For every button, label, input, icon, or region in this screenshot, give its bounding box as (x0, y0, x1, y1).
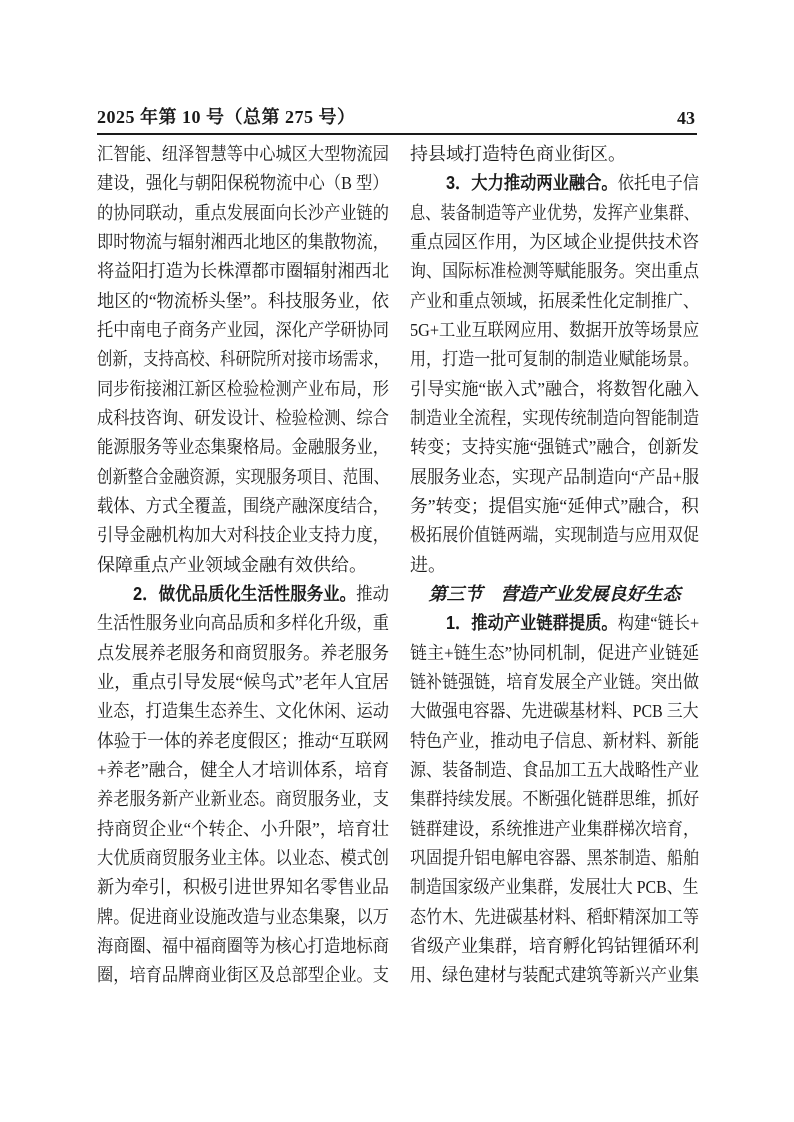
text-run: 态竹木、先进碳基材料、稻虾精深加工等 (410, 907, 699, 927)
text-line: 省级产业集群，培育孵化钨钴锂循环利 (410, 932, 699, 961)
text-run: 转变；支持实施“强链式”融合，创新发 (410, 437, 699, 457)
text-line: 养老服务新产业新业态。商贸服务业，支 (97, 785, 389, 814)
text-line: 制造业全流程，实现传统制造向智能制造 (410, 404, 699, 433)
text-line-content: 海商圈、福中福商圈等为核心打造地标商 (97, 932, 389, 961)
text-line-content: 链主+链生态”协同机制，促进产业链延 (410, 639, 699, 668)
text-run: 成科技咨询、研发设计、检验检测、综合 (97, 408, 389, 428)
text-line: 集群持续发展。不断强化链群思维，抓好 (410, 785, 699, 814)
text-run: 推动 (356, 584, 389, 604)
text-line: 转变；支持实施“强链式”融合，创新发 (410, 433, 699, 462)
text-line: 询、国际标准检测等赋能服务。突出重点 (410, 257, 699, 286)
text-line-content: 1．推动产业链群提质。构建“链长+ (446, 609, 699, 638)
text-line: 极拓展价值链两端，实现制造与应用双促 (410, 521, 699, 550)
text-line: 链补链强链，培育发展全产业链。突出做 (410, 668, 699, 697)
document-page: 2025 年第 10 号（总第 275 号） 43 汇智能、纽泽智慧等中心城区大… (0, 0, 794, 1122)
text-line-content: 重点园区作用，为区域企业提供技术咨 (410, 228, 699, 257)
text-run: 极拓展价值链两端，实现制造与应用双促 (410, 525, 699, 545)
text-line: 生活性服务业向高品质和多样化升级，重 (97, 609, 389, 638)
text-line: 创新，支持高校、科研院所对接市场需求， (97, 345, 389, 374)
text-line: 展服务业态，实现产品制造向“产品+服 (410, 463, 699, 492)
text-line-content: 大优质商贸服务业主体。以业态、模式创 (97, 844, 389, 873)
text-run: 业态，打造集生态养生、文化休闲、运动 (97, 701, 389, 721)
text-run: 链补链强链，培育发展全产业链。突出做 (410, 672, 699, 692)
text-line: 2．做优品质化生活性服务业。推动 (97, 580, 389, 609)
text-line: 息、装备制造等产业优势，发挥产业集群、 (410, 199, 699, 228)
text-run: 大优质商贸服务业主体。以业态、模式创 (97, 848, 389, 868)
text-line-content: 极拓展价值链两端，实现制造与应用双促 (410, 521, 699, 550)
text-line: 1．推动产业链群提质。构建“链长+ (410, 609, 699, 638)
text-line: 业态，打造集生态养生、文化休闲、运动 (97, 697, 389, 726)
text-run: 制造国家级产业集群，发展壮大 PCB、生 (410, 877, 699, 897)
text-line-content: 同步衔接湘江新区检验检测产业布局，形 (97, 375, 389, 404)
text-line: 点发展养老服务和商贸服务。养老服务 (97, 639, 389, 668)
text-line-content: 创新整合金融资源，实现服务项目、范围、 (97, 463, 389, 492)
text-line: 重点园区作用，为区域企业提供技术咨 (410, 228, 699, 257)
text-line-content: 展服务业态，实现产品制造向“产品+服 (410, 463, 699, 492)
text-line-content: 链补链强链，培育发展全产业链。突出做 (410, 668, 699, 697)
text-line-content: 第三节 营造产业发展良好生态 (429, 580, 681, 609)
text-run: 5G+工业互联网应用、数据开放等场景应 (410, 320, 699, 340)
text-line: 务”转变；提倡实施“延伸式”融合，积 (410, 492, 699, 521)
text-line: 即时物流与辐射湘西北地区的集散物流， (97, 228, 389, 257)
text-run: 巩固提升铝电解电容器、黑茶制造、船舶 (410, 848, 699, 868)
text-line-content: 养老服务新产业新业态。商贸服务业，支 (97, 785, 389, 814)
text-run: 制造业全流程，实现传统制造向智能制造 (410, 408, 699, 428)
text-line: 5G+工业互联网应用、数据开放等场景应 (410, 316, 699, 345)
text-line: 进。 (410, 551, 699, 580)
text-line-content: 引导实施“嵌入式”融合，将数智化融入 (410, 375, 699, 404)
text-line: 链群建设，系统推进产业集群梯次培育， (410, 815, 699, 844)
text-line-content: +养老”融合，健全人才培训体系，培育 (97, 756, 389, 785)
text-run: 海商圈、福中福商圈等为核心打造地标商 (97, 936, 389, 956)
text-line: 特色产业，推动电子信息、新材料、新能 (410, 727, 699, 756)
text-column-right: 持县域打造特色商业街区。3．大力推动两业融合。依托电子信息、装备制造等产业优势，… (410, 140, 699, 991)
text-run: 创新，支持高校、科研院所对接市场需求， (97, 349, 389, 369)
text-line: 源、装备制造、食品加工五大战略性产业 (410, 756, 699, 785)
text-line: 牌。促进商业设施改造与业态集聚，以万 (97, 903, 389, 932)
text-line-content: 即时物流与辐射湘西北地区的集散物流， (97, 228, 389, 257)
text-line-content: 生活性服务业向高品质和多样化升级，重 (97, 609, 389, 638)
text-run: 引导实施“嵌入式”融合，将数智化融入 (410, 379, 699, 399)
text-line-content: 的协同联动，重点发展面向长沙产业链的 (97, 199, 389, 228)
text-line: 保障重点产业领域金融有效供给。 (97, 551, 389, 580)
text-line: 引导实施“嵌入式”融合，将数智化融入 (410, 375, 699, 404)
text-run: 将益阳打造为长株潭都市圈辐射湘西北 (97, 261, 389, 281)
text-run: 大做强电容器、先进碳基材料、PCB 三大 (410, 701, 699, 721)
text-line: 汇智能、纽泽智慧等中心城区大型物流园 (97, 140, 389, 169)
text-line: 体验于一体的养老度假区；推动“互联网 (97, 727, 389, 756)
text-line: 3．大力推动两业融合。依托电子信 (410, 169, 699, 198)
text-run: 托中南电子商务产业园，深化产学研协同 (97, 320, 389, 340)
text-run: 圈，培育品牌商业街区及总部型企业。支 (97, 965, 389, 985)
text-run: +养老”融合，健全人才培训体系，培育 (97, 760, 389, 780)
text-line-content: 保障重点产业领域金融有效供给。 (97, 551, 367, 580)
text-line-content: 汇智能、纽泽智慧等中心城区大型物流园 (97, 140, 389, 169)
text-line-content: 新为牵引，积极引进世界知名零售业品 (97, 873, 389, 902)
text-line-content: 业态，打造集生态养生、文化休闲、运动 (97, 697, 389, 726)
text-line: 能源服务等业态集聚格局。金融服务业， (97, 433, 389, 462)
page-header: 2025 年第 10 号（总第 275 号） 43 (97, 103, 697, 135)
text-run: 能源服务等业态集聚格局。金融服务业， (97, 437, 389, 457)
text-line: 创新整合金融资源，实现服务项目、范围、 (97, 463, 389, 492)
text-line-content: 持县域打造特色商业街区。 (410, 140, 626, 169)
text-line-content: 巩固提升铝电解电容器、黑茶制造、船舶 (410, 844, 699, 873)
text-line: 持县域打造特色商业街区。 (410, 140, 699, 169)
text-run: 源、装备制造、食品加工五大战略性产业 (410, 760, 699, 780)
text-run: 即时物流与辐射湘西北地区的集散物流， (97, 232, 389, 252)
text-line: 将益阳打造为长株潭都市圈辐射湘西北 (97, 257, 389, 286)
text-line-content: 集群持续发展。不断强化链群思维，抓好 (410, 785, 699, 814)
text-line-content: 5G+工业互联网应用、数据开放等场景应 (410, 316, 699, 345)
text-line-content: 进。 (410, 551, 446, 580)
text-line-content: 圈，培育品牌商业街区及总部型企业。支 (97, 961, 389, 990)
text-line-content: 制造业全流程，实现传统制造向智能制造 (410, 404, 699, 433)
text-line-content: 省级产业集群，培育孵化钨钴锂循环利 (410, 932, 699, 961)
text-run: 新为牵引，积极引进世界知名零售业品 (97, 877, 389, 897)
text-run: 汇智能、纽泽智慧等中心城区大型物流园 (97, 144, 389, 164)
text-run: 创新整合金融资源，实现服务项目、范围、 (97, 467, 389, 487)
text-line: 态竹木、先进碳基材料、稻虾精深加工等 (410, 903, 699, 932)
text-line-content: 制造国家级产业集群，发展壮大 PCB、生 (410, 873, 699, 902)
text-line-content: 引导金融机构加大对科技企业支持力度， (97, 521, 389, 550)
text-run: 载体、方式全覆盖，围绕产融深度结合， (97, 496, 389, 516)
text-line-content: 托中南电子商务产业园，深化产学研协同 (97, 316, 389, 345)
text-run: 链主+链生态”协同机制，促进产业链延 (410, 643, 699, 663)
text-line-content: 业，重点引导发展“候鸟式”老年人宜居 (97, 668, 389, 697)
text-run: 集群持续发展。不断强化链群思维，抓好 (410, 789, 699, 809)
text-line: 托中南电子商务产业园，深化产学研协同 (97, 316, 389, 345)
text-line: 载体、方式全覆盖，围绕产融深度结合， (97, 492, 389, 521)
text-line-content: 成科技咨询、研发设计、检验检测、综合 (97, 404, 389, 433)
text-line: 圈，培育品牌商业街区及总部型企业。支 (97, 961, 389, 990)
text-run: 产业和重点领域，拓展柔性化定制推广、 (410, 291, 699, 311)
text-line-content: 建设，强化与朝阳保税物流中心（B 型） (97, 169, 389, 198)
bold-run: 2．做优品质化生活性服务业。 (133, 584, 356, 604)
text-line: 大做强电容器、先进碳基材料、PCB 三大 (410, 697, 699, 726)
text-line-content: 源、装备制造、食品加工五大战略性产业 (410, 756, 699, 785)
text-run: 用、绿色建材与装配式建筑等新兴产业集 (410, 965, 699, 985)
text-line: 地区的“物流桥头堡”。科技服务业，依 (97, 287, 389, 316)
text-run: 第三节 营造产业发展良好生态 (429, 584, 681, 604)
text-run: 依托电子信 (618, 173, 699, 193)
text-line-content: 2．做优品质化生活性服务业。推动 (133, 580, 389, 609)
text-run: 保障重点产业领域金融有效供给。 (97, 555, 367, 575)
text-run: 牌。促进商业设施改造与业态集聚，以万 (97, 907, 389, 927)
bold-run: 3．大力推动两业融合。 (446, 173, 618, 193)
text-line: 用，打造一批可复制的制造业赋能场景。 (410, 345, 699, 374)
text-line-content: 持商贸企业“个转企、小升限”，培育壮 (97, 815, 389, 844)
text-run: 的协同联动，重点发展面向长沙产业链的 (97, 203, 389, 223)
text-run: 链群建设，系统推进产业集群梯次培育， (410, 819, 699, 839)
text-line: 用、绿色建材与装配式建筑等新兴产业集 (410, 961, 699, 990)
text-line-content: 询、国际标准检测等赋能服务。突出重点 (410, 257, 699, 286)
text-run: 重点园区作用，为区域企业提供技术咨 (410, 232, 699, 252)
text-line: 新为牵引，积极引进世界知名零售业品 (97, 873, 389, 902)
text-line: 成科技咨询、研发设计、检验检测、综合 (97, 404, 389, 433)
text-run: 体验于一体的养老度假区；推动“互联网 (97, 731, 389, 751)
text-run: 业，重点引导发展“候鸟式”老年人宜居 (97, 672, 389, 692)
text-run: 务”转变；提倡实施“延伸式”融合，积 (410, 496, 699, 516)
text-line: 业，重点引导发展“候鸟式”老年人宜居 (97, 668, 389, 697)
text-line-content: 特色产业，推动电子信息、新材料、新能 (410, 727, 699, 756)
text-run: 引导金融机构加大对科技企业支持力度， (97, 525, 389, 545)
text-line-content: 用、绿色建材与装配式建筑等新兴产业集 (410, 961, 699, 990)
text-line: 巩固提升铝电解电容器、黑茶制造、船舶 (410, 844, 699, 873)
text-run: 生活性服务业向高品质和多样化升级，重 (97, 613, 389, 633)
text-run: 询、国际标准检测等赋能服务。突出重点 (410, 261, 699, 281)
text-line: 链主+链生态”协同机制，促进产业链延 (410, 639, 699, 668)
text-line-content: 载体、方式全覆盖，围绕产融深度结合， (97, 492, 389, 521)
text-run: 用，打造一批可复制的制造业赋能场景。 (410, 349, 699, 369)
text-line: 海商圈、福中福商圈等为核心打造地标商 (97, 932, 389, 961)
text-run: 建设，强化与朝阳保税物流中心（B 型） (97, 173, 389, 193)
text-line-content: 息、装备制造等产业优势，发挥产业集群、 (410, 199, 699, 228)
text-run: 展服务业态，实现产品制造向“产品+服 (410, 467, 699, 487)
text-column-left: 汇智能、纽泽智慧等中心城区大型物流园建设，强化与朝阳保税物流中心（B 型）的协同… (97, 140, 389, 991)
text-line: 产业和重点领域，拓展柔性化定制推广、 (410, 287, 699, 316)
text-run: 持商贸企业“个转企、小升限”，培育壮 (97, 819, 389, 839)
text-line-content: 3．大力推动两业融合。依托电子信 (446, 169, 699, 198)
text-line: +养老”融合，健全人才培训体系，培育 (97, 756, 389, 785)
text-run: 省级产业集群，培育孵化钨钴锂循环利 (410, 936, 699, 956)
text-line-content: 务”转变；提倡实施“延伸式”融合，积 (410, 492, 699, 521)
text-run: 地区的“物流桥头堡”。科技服务业，依 (97, 291, 389, 311)
text-line-content: 态竹木、先进碳基材料、稻虾精深加工等 (410, 903, 699, 932)
text-line-content: 将益阳打造为长株潭都市圈辐射湘西北 (97, 257, 389, 286)
text-run: 构建“链长+ (618, 613, 699, 633)
text-line: 的协同联动，重点发展面向长沙产业链的 (97, 199, 389, 228)
text-run: 持县域打造特色商业街区。 (410, 144, 626, 164)
text-line-content: 能源服务等业态集聚格局。金融服务业， (97, 433, 389, 462)
bold-run: 1．推动产业链群提质。 (446, 613, 618, 633)
text-line-content: 牌。促进商业设施改造与业态集聚，以万 (97, 903, 389, 932)
text-line-content: 链群建设，系统推进产业集群梯次培育， (410, 815, 699, 844)
text-run: 养老服务新产业新业态。商贸服务业，支 (97, 789, 389, 809)
text-run: 进。 (410, 555, 446, 575)
text-line: 建设，强化与朝阳保税物流中心（B 型） (97, 169, 389, 198)
text-line: 制造国家级产业集群，发展壮大 PCB、生 (410, 873, 699, 902)
text-line-content: 用，打造一批可复制的制造业赋能场景。 (410, 345, 699, 374)
text-line: 引导金融机构加大对科技企业支持力度， (97, 521, 389, 550)
text-line-content: 产业和重点领域，拓展柔性化定制推广、 (410, 287, 699, 316)
text-line-content: 体验于一体的养老度假区；推动“互联网 (97, 727, 389, 756)
page-number: 43 (677, 108, 697, 129)
text-line-content: 大做强电容器、先进碳基材料、PCB 三大 (410, 697, 699, 726)
text-line: 大优质商贸服务业主体。以业态、模式创 (97, 844, 389, 873)
text-run: 息、装备制造等产业优势，发挥产业集群、 (410, 203, 699, 223)
text-run: 特色产业，推动电子信息、新材料、新能 (410, 731, 699, 751)
text-line-content: 转变；支持实施“强链式”融合，创新发 (410, 433, 699, 462)
text-line-content: 点发展养老服务和商贸服务。养老服务 (97, 639, 389, 668)
text-line-content: 创新，支持高校、科研院所对接市场需求， (97, 345, 389, 374)
text-line: 持商贸企业“个转企、小升限”，培育壮 (97, 815, 389, 844)
text-line-content: 地区的“物流桥头堡”。科技服务业，依 (97, 287, 389, 316)
issue-number: 2025 年第 10 号（总第 275 号） (97, 103, 356, 129)
section-heading: 第三节 营造产业发展良好生态 (410, 580, 699, 609)
text-run: 点发展养老服务和商贸服务。养老服务 (97, 643, 389, 663)
text-line: 同步衔接湘江新区检验检测产业布局，形 (97, 375, 389, 404)
text-run: 同步衔接湘江新区检验检测产业布局，形 (97, 379, 389, 399)
